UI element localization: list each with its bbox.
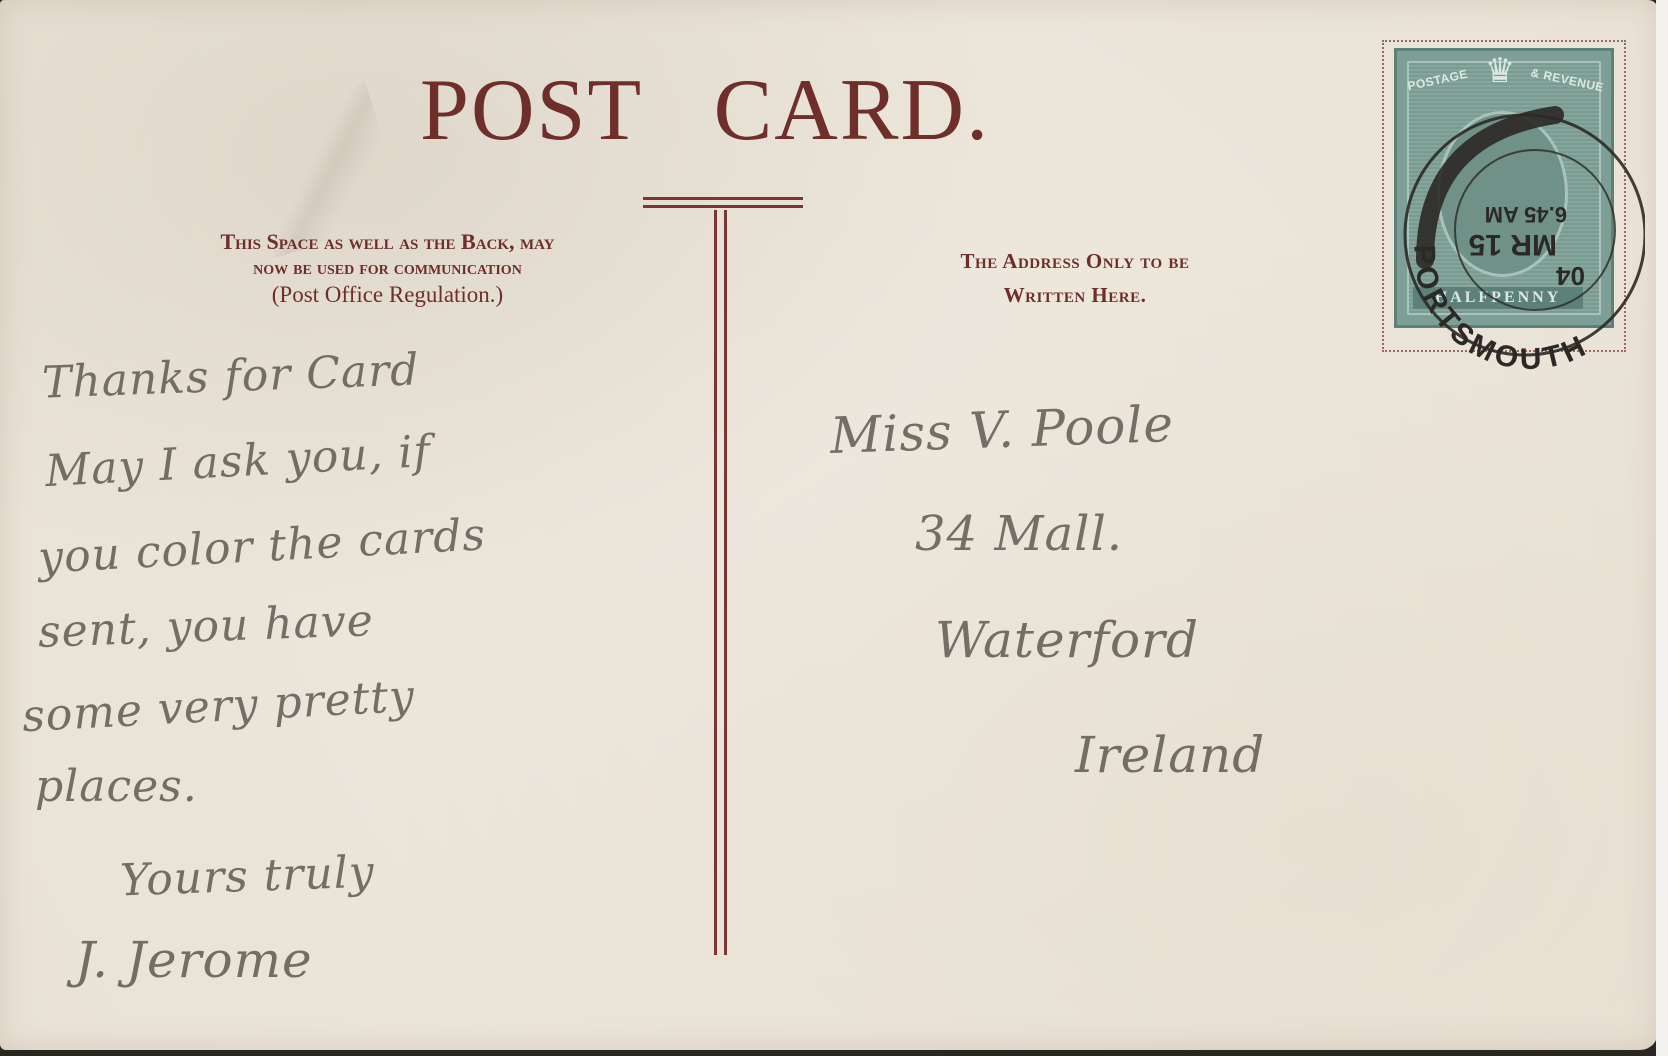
message-line: places. bbox=[35, 765, 198, 809]
king-portrait-icon bbox=[1437, 111, 1568, 277]
address-instruction: The Address Only to be Written Here. bbox=[880, 245, 1270, 312]
address-line: 34 Mall. bbox=[915, 510, 1123, 558]
postcard-back: POST CARD. This Space as well as the Bac… bbox=[0, 0, 1658, 1050]
message-line: some very pretty bbox=[21, 675, 416, 740]
divider-vertical-line bbox=[714, 210, 717, 955]
instruction-line: now be used for communication bbox=[120, 256, 655, 281]
instruction-line: Written Here. bbox=[880, 279, 1270, 313]
communication-instruction: This Space as well as the Back, may now … bbox=[120, 228, 655, 309]
message-line: May I ask you, if bbox=[44, 430, 432, 494]
message-line: you color the cards bbox=[37, 513, 487, 580]
postcard-title: POST CARD. bbox=[420, 60, 990, 161]
address-line: Ireland bbox=[1075, 730, 1265, 780]
instruction-line: The Address Only to be bbox=[880, 245, 1270, 279]
message-signature: J. Jerome bbox=[75, 935, 313, 985]
message-line: sent, you have bbox=[37, 599, 374, 655]
crown-icon: ♛ bbox=[1475, 55, 1525, 89]
postage-stamp: ♛ POSTAGE & REVENUE HALFPENNY bbox=[1382, 40, 1642, 350]
address-line: Waterford bbox=[935, 615, 1199, 665]
divider-top-line bbox=[643, 197, 803, 200]
divider-vertical-line bbox=[724, 210, 727, 955]
scan-background-edge bbox=[1656, 0, 1668, 1056]
divider-top-line bbox=[643, 205, 803, 208]
address-line: Miss V. Poole bbox=[829, 399, 1175, 461]
instruction-line: This Space as well as the Back, may bbox=[120, 228, 655, 256]
instruction-line: (Post Office Regulation.) bbox=[120, 281, 655, 310]
message-line: Thanks for Card bbox=[41, 348, 420, 405]
message-closing: Yours truly bbox=[119, 851, 375, 904]
stamp-value: HALFPENNY bbox=[1413, 287, 1583, 309]
stamp-face: ♛ POSTAGE & REVENUE HALFPENNY bbox=[1394, 48, 1614, 328]
